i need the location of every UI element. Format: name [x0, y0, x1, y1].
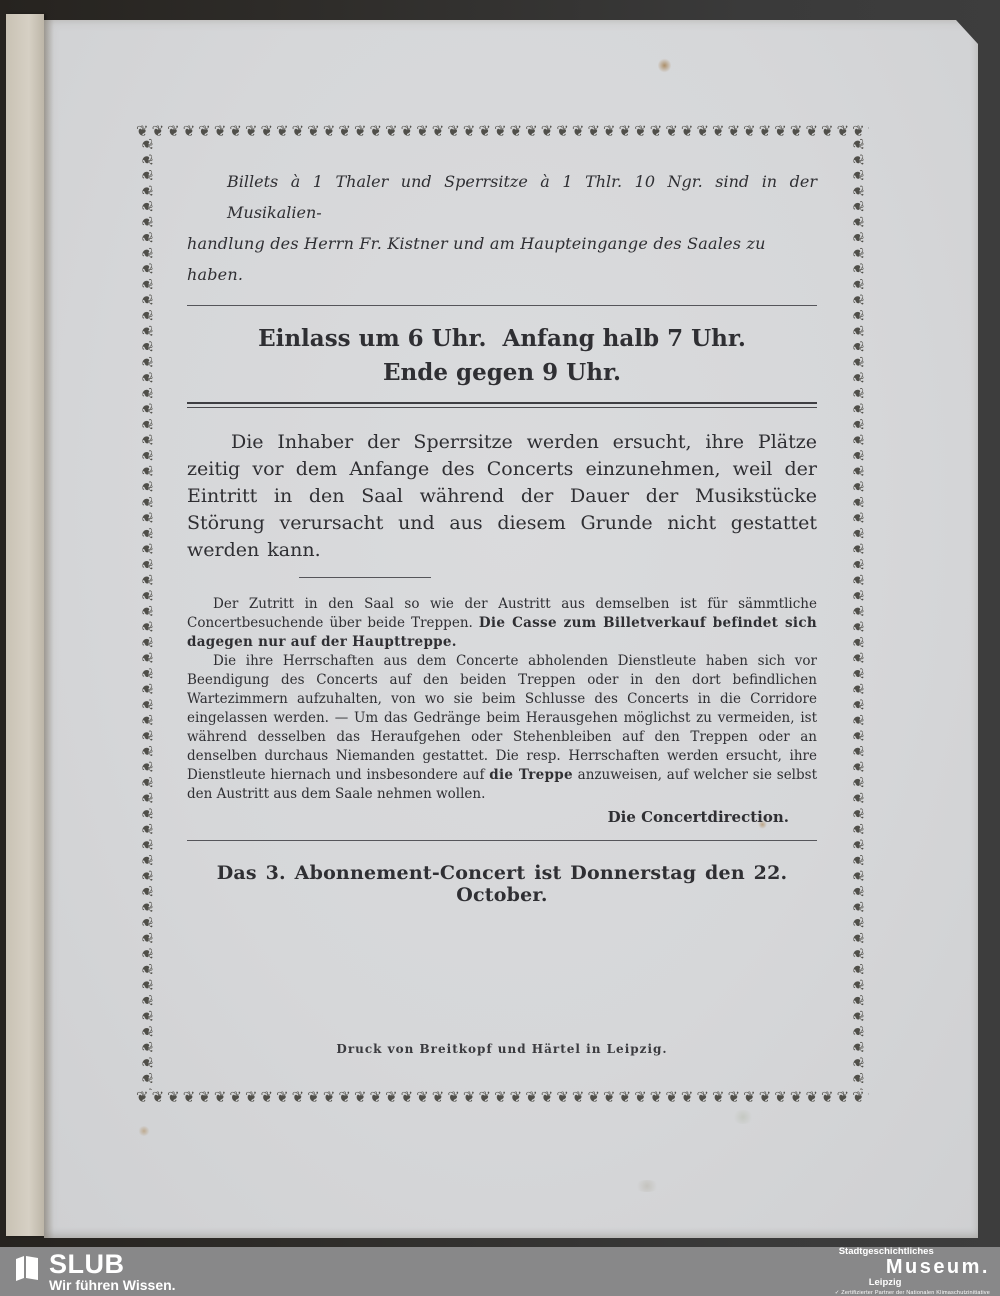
border-bottom-ornament: ❦❦❦❦❦❦❦❦❦❦❦❦❦❦❦❦❦❦❦❦❦❦❦❦❦❦❦❦❦❦❦❦❦❦❦❦❦❦❦❦… — [136, 1086, 869, 1108]
museum-city: Leipzig — [869, 1278, 990, 1288]
museum-superline: Stadtgeschichtliches — [839, 1247, 990, 1257]
slub-tagline: Wir führen Wissen. — [49, 1277, 176, 1293]
next-concert-announcement: Das 3. Abonnement-Concert ist Donnerstag… — [187, 862, 817, 906]
regulations-p2-bold: die Treppe — [489, 767, 573, 783]
divider-rule — [187, 840, 817, 841]
divider-rule — [187, 305, 817, 306]
regulations-section: Der Zutritt in den Saal so wie der Austr… — [187, 595, 817, 804]
border-right-ornament: ❦❦❦❦❦❦❦❦❦❦❦❦❦❦❦❦❦❦❦❦❦❦❦❦❦❦❦❦❦❦❦❦❦❦❦❦❦❦❦❦… — [847, 138, 869, 1090]
admission-times-line1: Einlass um 6 Uhr. Anfang halb 7 Uhr. — [258, 325, 746, 352]
ticket-info-paragraph: Billets à 1 Thaler und Sperrsitze à 1 Th… — [187, 166, 817, 290]
footer-bar: SLUB Wir führen Wissen. Stadtgeschichtli… — [0, 1247, 1000, 1296]
ticket-info-line1: Billets à 1 Thaler und Sperrsitze à 1 Th… — [227, 166, 817, 228]
seat-holders-paragraph: Die Inhaber der Sperrsitze werden ersuch… — [187, 429, 817, 564]
signature-line: Die Concertdirection. — [187, 808, 817, 826]
paper-stain — [658, 58, 671, 73]
printer-imprint: Druck von Breitkopf und Härtel in Leipzi… — [187, 1042, 817, 1056]
slub-text-block: SLUB Wir führen Wissen. — [49, 1251, 176, 1293]
slub-logo: SLUB Wir führen Wissen. — [0, 1251, 176, 1293]
scanned-page: ❦❦❦❦❦❦❦❦❦❦❦❦❦❦❦❦❦❦❦❦❦❦❦❦❦❦❦❦❦❦❦❦❦❦❦❦❦❦❦❦… — [44, 20, 978, 1238]
admission-times: Einlass um 6 Uhr. Anfang halb 7 Uhr.Ende… — [187, 322, 817, 390]
admission-times-line2: Ende gegen 9 Uhr. — [383, 359, 621, 386]
double-divider-rule — [187, 402, 817, 408]
page-crease — [44, 20, 54, 1238]
museum-wordmark: Museum. — [835, 1257, 990, 1277]
museum-certification: ✓ Zertifizierter Partner der Nationalen … — [835, 1291, 990, 1296]
regulations-paragraph-2: Die ihre Herrschaften aus dem Concerte a… — [187, 652, 817, 804]
ticket-info-line2: handlung des Herrn Fr. Kistner und am Ha… — [187, 228, 817, 290]
regulations-p2-text1: Die ihre Herrschaften aus dem Concerte a… — [187, 653, 817, 783]
paper-stain — [634, 1180, 660, 1192]
border-left-ornament: ❦❦❦❦❦❦❦❦❦❦❦❦❦❦❦❦❦❦❦❦❦❦❦❦❦❦❦❦❦❦❦❦❦❦❦❦❦❦❦❦… — [136, 138, 158, 1090]
museum-logo: Stadtgeschichtliches Museum. Leipzig ✓ Z… — [835, 1247, 1000, 1296]
paper-stain — [138, 1126, 150, 1136]
short-divider-rule — [299, 577, 431, 578]
notice-content: Billets à 1 Thaler und Sperrsitze à 1 Th… — [187, 120, 817, 906]
slub-wordmark: SLUB — [49, 1251, 176, 1277]
open-book-icon — [14, 1254, 40, 1287]
regulations-paragraph-1: Der Zutritt in den Saal so wie der Austr… — [187, 595, 817, 652]
book-page-edge — [6, 14, 44, 1236]
paper-stain — [732, 1110, 754, 1124]
